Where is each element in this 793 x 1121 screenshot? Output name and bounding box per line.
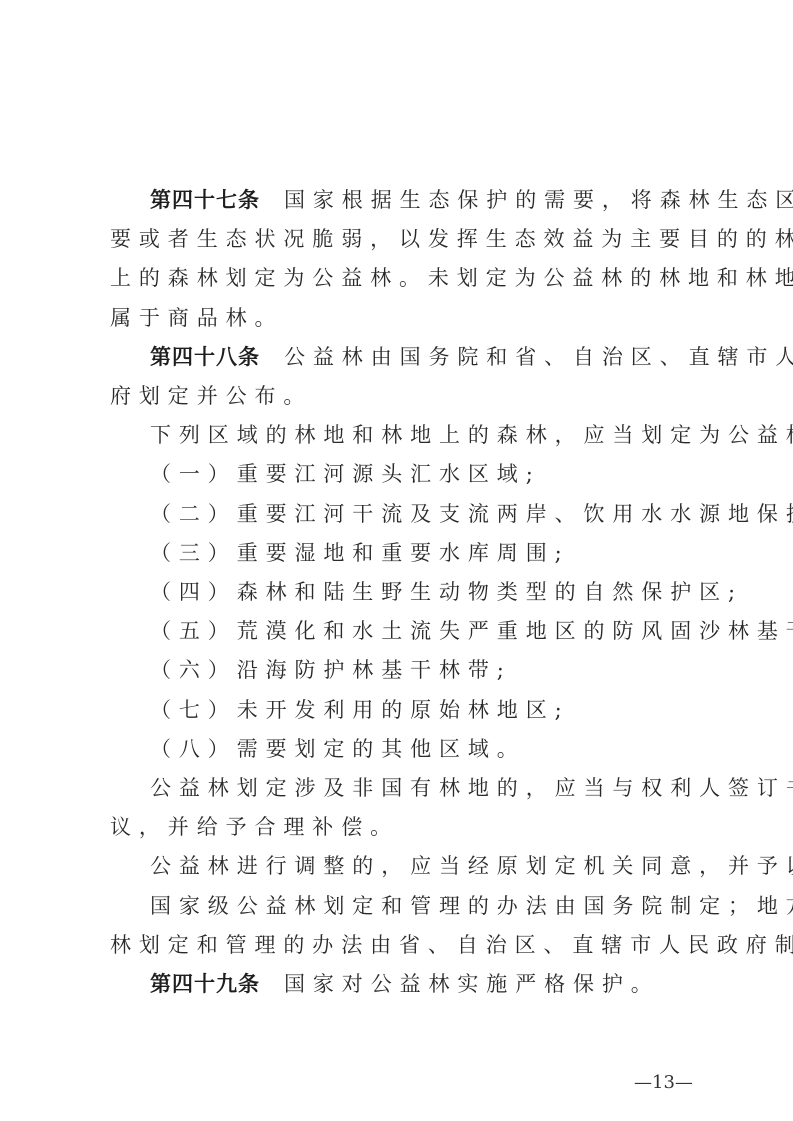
list-item: （六）沿海防护林基干林带; [110, 651, 700, 690]
article-text: 公益林由国务院和省、自治区、直辖市人民政 [284, 345, 793, 369]
list-item: （四）森林和陆生野生动物类型的自然保护区; [110, 573, 700, 612]
adjustment-paragraph: 公益林进行调整的，应当经原划定机关同意，并予以公布。 [110, 847, 700, 886]
compensation-paragraph: 公益林划定涉及非国有林地的，应当与权利人签订书面协 [110, 769, 700, 808]
list-intro: 下列区域的林地和林地上的森林，应当划定为公益林: [110, 416, 700, 455]
page-number: —13— [634, 1072, 693, 1093]
article-number: 第四十九条 [150, 972, 260, 996]
article-47-line: 属于商品林。 [110, 299, 700, 338]
list-item: （三）重要湿地和重要水库周围; [110, 534, 700, 573]
article-48: 第四十八条公益林由国务院和省、自治区、直辖市人民政 [110, 338, 700, 377]
document-page: 第四十七条国家根据生态保护的需要，将森林生态区位重 要或者生态状况脆弱，以发挥生… [110, 181, 700, 1004]
management-paragraph: 国家级公益林划定和管理的办法由国务院制定；地方级公益 [110, 887, 700, 926]
list-item: （二）重要江河干流及支流两岸、饮用水水源地保护区; [110, 495, 700, 534]
list-item: （八）需要划定的其他区域。 [110, 730, 700, 769]
article-number: 第四十七条 [150, 188, 260, 212]
article-47-line: 上的森林划定为公益林。未划定为公益林的林地和林地上的森林 [110, 259, 700, 298]
article-47: 第四十七条国家根据生态保护的需要，将森林生态区位重 [110, 181, 700, 220]
management-paragraph-line: 林划定和管理的办法由省、自治区、直辖市人民政府制定。 [110, 926, 700, 965]
article-48-line: 府划定并公布。 [110, 377, 700, 416]
list-item: （五）荒漠化和水土流失严重地区的防风固沙林基干林带; [110, 612, 700, 651]
article-text: 国家对公益林实施严格保护。 [284, 972, 660, 996]
article-49: 第四十九条国家对公益林实施严格保护。 [110, 965, 700, 1004]
article-47-line: 要或者生态状况脆弱，以发挥生态效益为主要目的的林地和林地 [110, 220, 700, 259]
article-number: 第四十八条 [150, 345, 260, 369]
list-item: （七）未开发利用的原始林地区; [110, 691, 700, 730]
article-text: 国家根据生态保护的需要，将森林生态区位重 [284, 188, 793, 212]
compensation-paragraph-line: 议，并给予合理补偿。 [110, 808, 700, 847]
list-item: （一）重要江河源头汇水区域; [110, 455, 700, 494]
